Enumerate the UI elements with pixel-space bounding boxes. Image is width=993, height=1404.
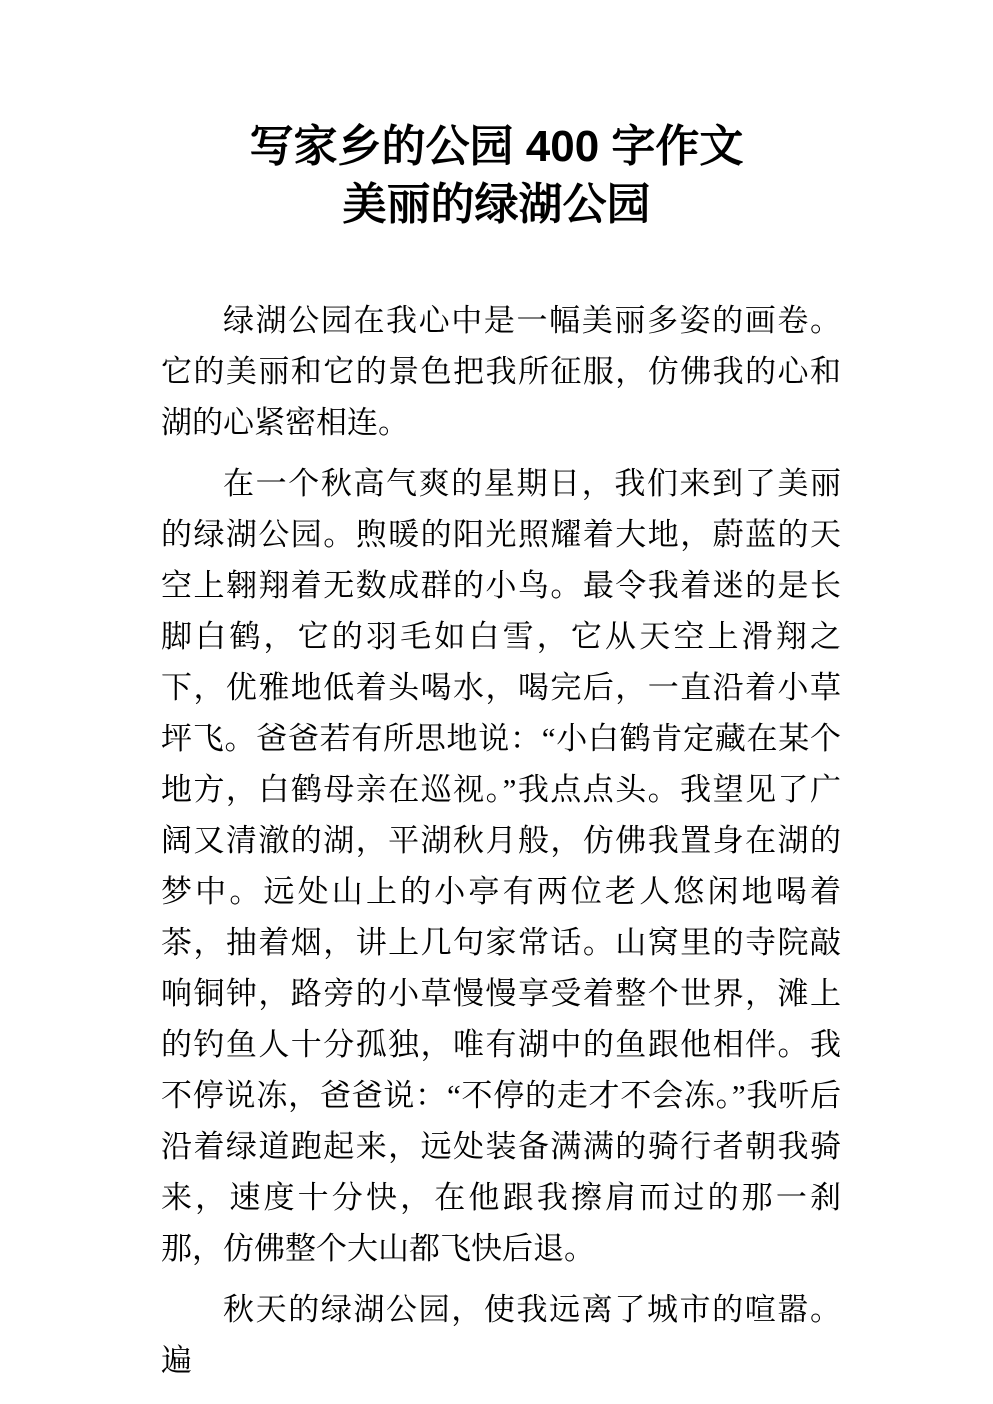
paragraph-2: 在一个秋高气爽的星期日，我们来到了美丽的绿湖公园。煦暖的阳光照耀着大地，蔚蓝的天… [161,458,841,1274]
document-title: 写家乡的公园 400 字作文 美丽的绿湖公园 [127,118,867,234]
paragraph-3: 秋天的绿湖公园，使我远离了城市的喧嚣。遍 [161,1284,841,1386]
paragraph-1: 绿湖公园在我心中是一幅美丽多姿的画卷。它的美丽和它的景色把我所征服，仿佛我的心和… [161,295,841,448]
document-body: 绿湖公园在我心中是一幅美丽多姿的画卷。它的美丽和它的景色把我所征服，仿佛我的心和… [161,295,841,1386]
document-page: 写家乡的公园 400 字作文 美丽的绿湖公园 绿湖公园在我心中是一幅美丽多姿的画… [0,0,993,1404]
